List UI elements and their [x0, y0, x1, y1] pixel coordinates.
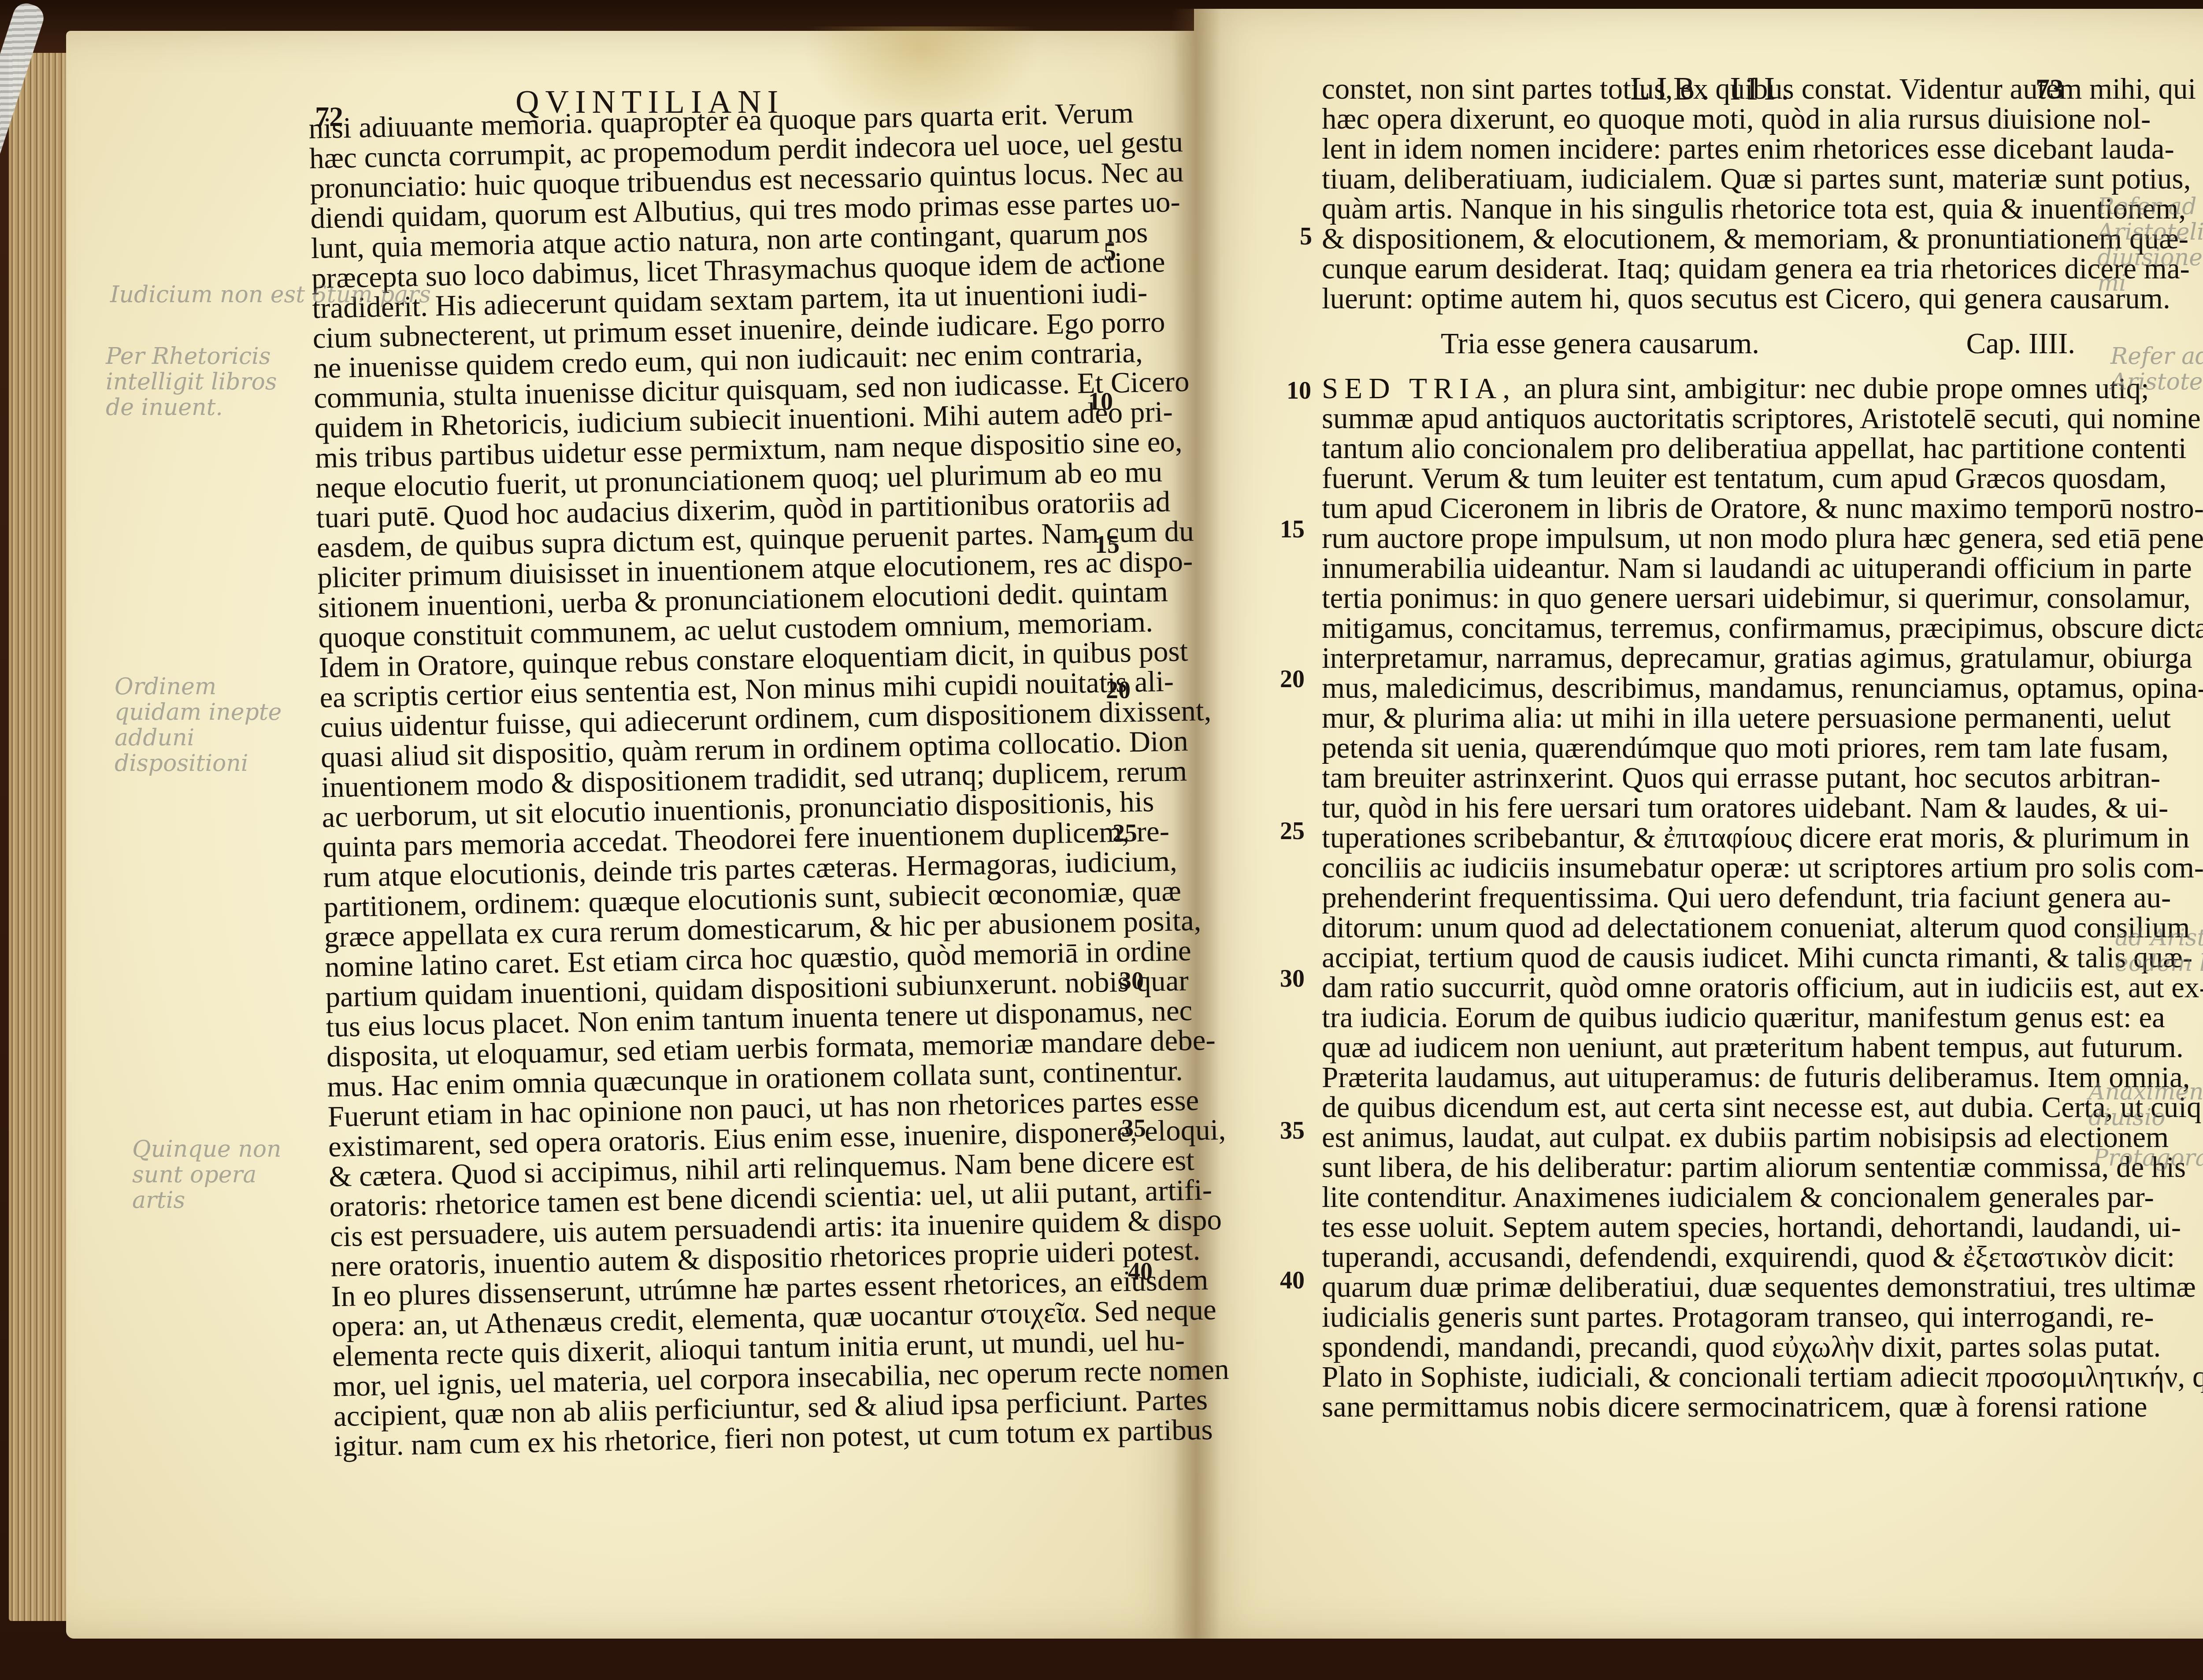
margin-note: Refer ad Aristotelis diuisionem 661 mi	[2097, 194, 2203, 296]
text-line: accipiat, tertium quod de causis iudicet…	[1322, 943, 2080, 973]
text-line: tiuam, deliberatiuam, iudicialem. Quæ si…	[1322, 164, 2080, 194]
line-number: 5	[1104, 238, 1116, 266]
chapter-number: Cap. IIII.	[1966, 329, 2075, 359]
text-line: sane permittamus nobis dicere sermocinat…	[1322, 1392, 2080, 1422]
text-line: ditorum: unum quod ad delectationem conu…	[1322, 913, 2080, 943]
text-line: Plato in Sophiste, iudiciali, & conciona…	[1322, 1362, 2080, 1392]
text-line: prehenderint frequentissima. Qui uero de…	[1322, 883, 2080, 913]
chapter-heading: Tria esse genera causarum. Cap. IIII.	[1322, 329, 2080, 359]
text-line: tes esse uoluit. Septem autem species, h…	[1322, 1212, 2080, 1242]
line-number: 30	[1280, 965, 1305, 993]
line-number: 35	[1121, 1114, 1146, 1143]
text-line: conciliis ac iudiciis insumebatur operæ:…	[1322, 853, 2080, 883]
line-number: 20	[1280, 665, 1305, 693]
text-line: mitigamus, concitamus, terremus, confirm…	[1322, 613, 2080, 643]
margin-note: Protagoras	[2093, 1145, 2203, 1171]
book-spread: 72 QVINTILIANI nisi adiuuante memoria. q…	[0, 0, 2203, 1680]
text-line: dam ratio succurrit, quòd omne oratoris …	[1322, 973, 2080, 1003]
text-line: & dispositionem, & elocutionem, & memori…	[1322, 224, 2080, 254]
text-line: tur, quòd in his fere uersari tum orator…	[1322, 793, 2080, 823]
line-number: 10	[1287, 377, 1311, 405]
page-edges-left	[9, 53, 70, 1621]
text-line: lent in idem nomen incidere: partes enim…	[1322, 134, 2080, 164]
text-line: quarum duæ primæ deliberatiui, duæ seque…	[1322, 1272, 2080, 1302]
line-number: 15	[1280, 515, 1305, 544]
text-line: tam breuiter astrinxerint. Quos qui erra…	[1322, 763, 2080, 793]
text-line: innumerabilia uideantur. Nam si laudandi…	[1322, 553, 2080, 583]
text-line: quæ ad iudicem non ueniunt, aut præterit…	[1322, 1032, 2080, 1062]
text-line: hæc opera dixerunt, eo quoque moti, quòd…	[1322, 104, 2080, 134]
text-line: lite contenditur. Anaximenes iudicialem …	[1322, 1182, 2080, 1212]
text-line: fuerunt. Verum & tum leuiter est tentatu…	[1322, 463, 2080, 493]
text-line: spondendi, mandandi, precandi, quod εὐχω…	[1322, 1332, 2080, 1362]
line-number: 10	[1088, 388, 1113, 416]
line-number: 25	[1113, 819, 1137, 847]
text-line: quàm artis. Nanque in his singulis rheto…	[1322, 194, 2080, 224]
text-line: tum apud Ciceronem in libris de Oratore,…	[1322, 493, 2080, 523]
text-line: rum auctore prope impulsum, ut non modo …	[1322, 523, 2080, 553]
line-number: 40	[1128, 1258, 1153, 1286]
line-number: 30	[1119, 967, 1144, 995]
line-number: 5	[1300, 222, 1312, 251]
text-line: petenda sit uenia, quærendúmque quo moti…	[1322, 733, 2080, 763]
right-page-body: constet, non sint partes totius, ex quib…	[1322, 74, 2080, 1422]
text-line: tuperationes scribebantur, & ἐπιταφίους …	[1322, 823, 2080, 853]
lead-words: SED TRIA,	[1322, 372, 1516, 405]
text-line: tra iudicia. Eorum de quibus iudicio quæ…	[1322, 1003, 2080, 1032]
text-fragment: an plura sint, ambigitur: nec dubie prop…	[1524, 372, 2149, 405]
line-number: 15	[1095, 531, 1120, 559]
margin-note: Refer ad Aristotelem	[2110, 344, 2203, 395]
text-line: iudicialis generis sunt partes. Protagor…	[1322, 1302, 2080, 1332]
text-line: luerunt: optime autem hi, quos secutus e…	[1322, 284, 2080, 314]
line-number: 20	[1106, 676, 1131, 704]
left-page-body: nisi adiuuante memoria. quapropter ea qu…	[308, 98, 1136, 1461]
text-line: tertia ponimus: in quo genere uersari ui…	[1322, 583, 2080, 613]
margin-note: Iudicium non est 6tum pars	[110, 282, 431, 307]
margin-note: Ordinem quidam inepte adduni disposition…	[115, 674, 300, 776]
line-number: 40	[1280, 1266, 1305, 1295]
text-line: tantum alio concionalem pro deliberatiua…	[1322, 433, 2080, 463]
spacer	[1322, 359, 2080, 374]
line-number: 25	[1280, 817, 1305, 845]
text-line: tuperandi, accusandi, defendendi, exquir…	[1322, 1242, 2080, 1272]
text-line: est animus, laudat, aut culpat. ex dubii…	[1322, 1122, 2080, 1152]
text-line: Præterita laudamus, aut uituperamus: de …	[1322, 1062, 2080, 1092]
text-line: interpretamur, narramus, deprecamur, gra…	[1322, 643, 2080, 673]
spacer	[1322, 314, 2080, 329]
margin-note: Anaximenis diuisio	[2088, 1079, 2203, 1130]
margin-note: Per Rhetoricis intelligit libros de inue…	[106, 344, 291, 420]
text-line: constet, non sint partes totius, ex quib…	[1322, 74, 2080, 104]
text-line: mus, maledicimus, describimus, mandamus,…	[1322, 673, 2080, 703]
line-number: 35	[1280, 1117, 1305, 1145]
text-line: sunt libera, de his deliberatur: partim …	[1322, 1152, 2080, 1182]
margin-note: Quinque non sunt opera artis	[132, 1136, 300, 1213]
text-line: de quibus dicendum est, aut certa sint n…	[1322, 1092, 2080, 1122]
chapter-title: Tria esse genera causarum.	[1441, 329, 1759, 359]
margin-note: ad Aristot. eodem loco	[2115, 925, 2203, 976]
text-line: SED TRIA, an plura sint, ambigitur: nec …	[1322, 374, 2080, 403]
text-line: mur, & plurima alia: ut mihi in illa uet…	[1322, 703, 2080, 733]
text-line: summæ apud antiquos auctoritatis scripto…	[1322, 403, 2080, 433]
text-line: cunque earum desiderat. Itaq; quidam gen…	[1322, 254, 2080, 284]
